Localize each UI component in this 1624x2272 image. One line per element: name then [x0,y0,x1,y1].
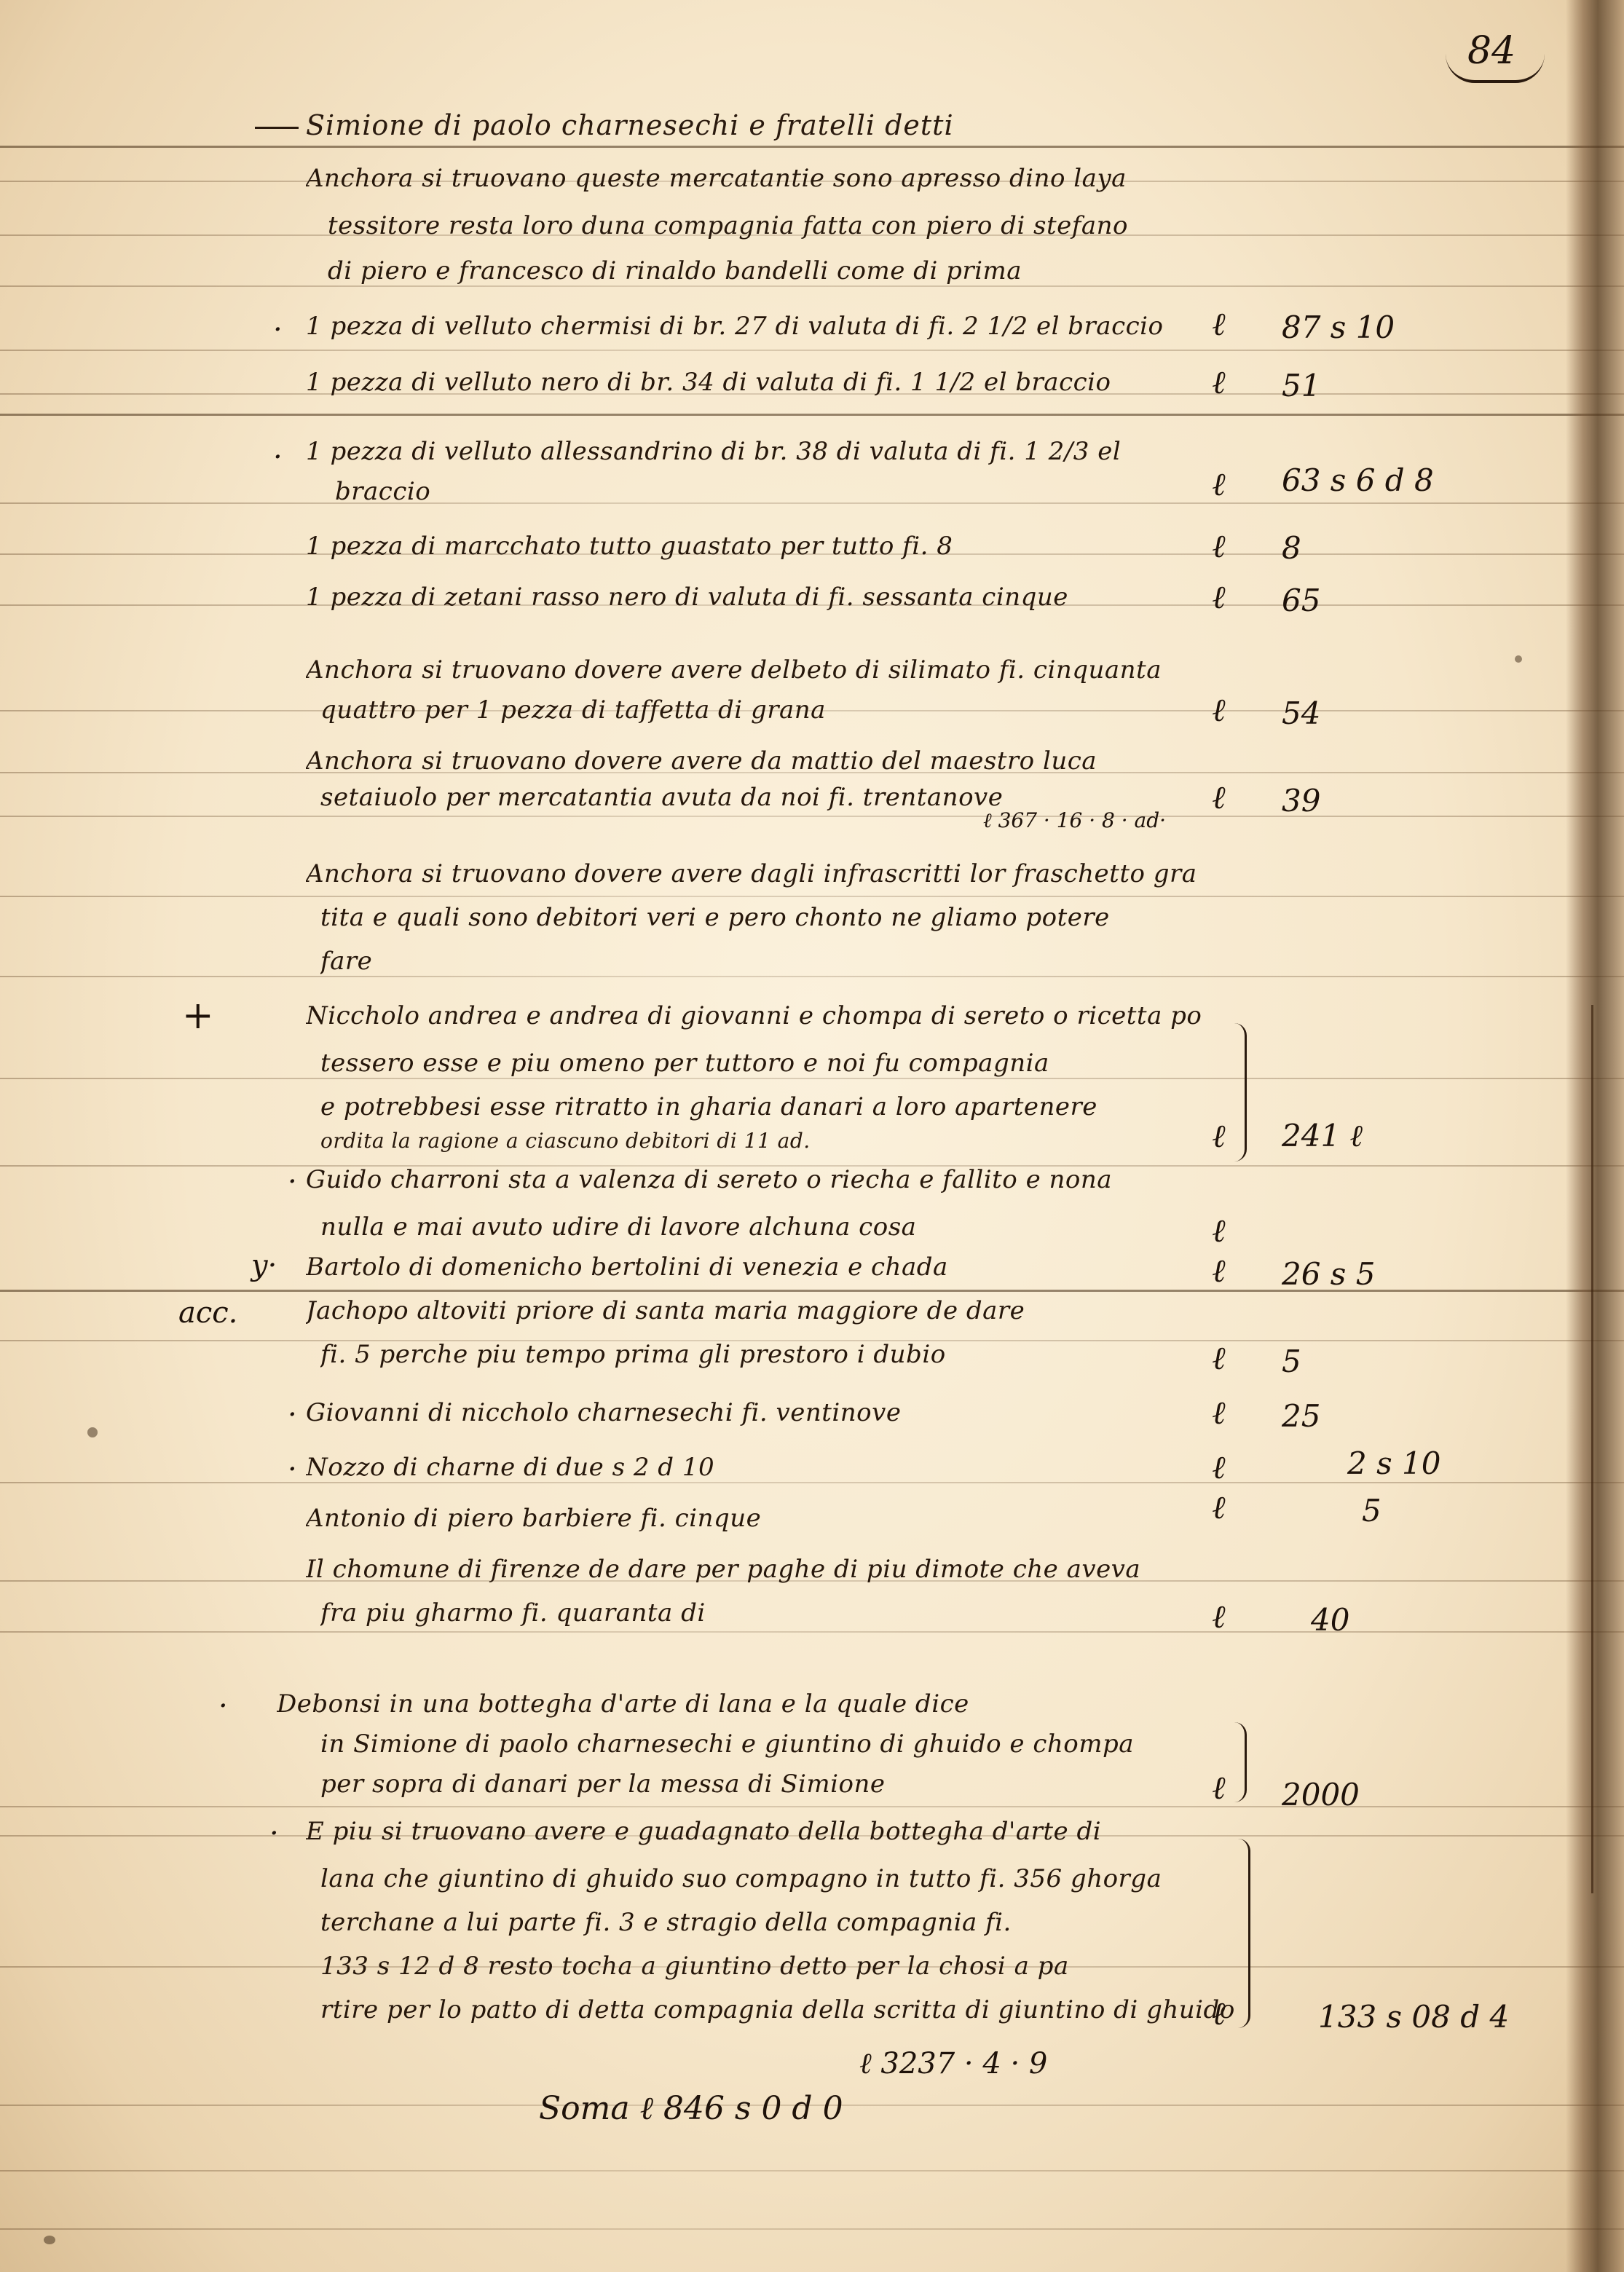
ink-speck [87,1427,98,1437]
ruled-line [0,1806,1624,1807]
margin-mark: · [218,1689,228,1723]
lira-sign: ℓ [1213,306,1226,343]
entry-text-line: Giovanni di niccholo charnesechi fi. ven… [306,1398,1223,1427]
entry-text-line: terchane a lui parte fi. 3 e stragio del… [320,1908,1238,1937]
ruled-line [0,414,1624,416]
entry-text-line: quattro per 1 pezza di taffetta di grana [320,695,1238,725]
entry-amount: 5 [1362,1493,1381,1529]
margin-mark: · [288,1453,297,1486]
entry-text-line: 1 pezza di zetani rasso nero di valuta d… [306,583,1223,612]
entry-amount: 241 ℓ [1282,1118,1363,1154]
lira-sign: ℓ [1213,1598,1226,1636]
ruled-line [0,896,1624,897]
margin-mark: · [288,1165,297,1199]
entry-text-line: fi. 5 perche piu tempo prima gli prestor… [320,1340,1238,1369]
brace [1234,1722,1247,1802]
running-note: ℓ 367 · 16 · 8 · ad· [983,808,1166,833]
entry-amount: 51 [1282,368,1320,403]
margin-mark: y· [251,1249,277,1282]
entry-amount: 25 [1282,1398,1320,1434]
lira-sign: ℓ [1213,528,1226,565]
entry-text-line: Niccholo andrea e andrea di giovanni e c… [306,1001,1223,1030]
brace [1234,1023,1247,1161]
lira-sign: ℓ [1213,364,1226,401]
margin-mark: · [269,1817,279,1850]
sum-value: ℓ 846 s 0 d 0 [640,2090,843,2127]
entry-text-line: per sopra di danari per la messa di Simi… [320,1770,1238,1799]
ruled-line [0,1078,1624,1079]
entry-text-line: fra piu gharmo fi. quaranta di [320,1598,1238,1628]
ruled-line [0,976,1624,977]
entry-text-line: Anchora si truovano dovere avere dagli i… [306,859,1223,888]
entry-amount: 65 [1282,583,1320,618]
entry-text-line: ordita la ragione a ciascuno debitori di… [320,1129,1238,1153]
entry-text-line: Anchora si truovano dovere avere da matt… [306,746,1223,776]
lira-sign: ℓ [1213,779,1226,816]
ruled-line [0,350,1624,351]
lira-sign: ℓ [1213,1489,1226,1526]
ruled-line [0,2228,1624,2230]
sum-total: Soma ℓ 846 s 0 d 0 [539,2090,843,2127]
margin-mark: · [273,313,283,347]
sum-label: Soma [539,2090,630,2127]
margin-mark: acc. [178,1296,237,1330]
folio-number: 84 [1446,29,1545,83]
ruled-line [0,502,1624,504]
lira-sign: ℓ [1213,1118,1226,1155]
entry-text-line: tita e quali sono debitori veri e pero c… [320,903,1238,932]
entry-amount: 2000 [1282,1777,1360,1813]
entry-amount: 133 s 08 d 4 [1318,1999,1509,2035]
entry-text-line: 1 pezza di marcchato tutto guastato per … [306,532,1223,561]
lira-sign: ℓ [1213,1449,1226,1486]
entry-text-line: Anchora si truovano queste mercatantie s… [306,164,1223,193]
lira-sign: ℓ [1213,1212,1226,1250]
lira-sign: ℓ [1213,692,1226,729]
ruled-line [0,146,1624,148]
lira-sign: ℓ [1213,1253,1226,1290]
entry-text-line: rtire per lo patto di detta compagnia de… [320,1995,1238,2024]
brace [1238,1839,1250,2028]
entry-text-line: setaiuolo per mercatantia avuta da noi f… [320,783,1238,812]
entry-text-line: Il chomune di firenze de dare per paghe … [306,1555,1223,1584]
entry-text-line: fare [320,947,1238,976]
entry-text-line: 1 pezza di velluto allessandrino di br. … [306,437,1223,466]
entry-text-line: e potrebbesi esse ritratto in gharia dan… [320,1092,1238,1121]
ink-speck [44,2236,55,2244]
ruled-line [0,1631,1624,1633]
entry-text-line: 1 pezza di velluto nero di br. 34 di val… [306,368,1223,397]
entry-text-line: 1 pezza di velluto chermisi di br. 27 di… [306,312,1223,341]
entry-text-line: 133 s 12 d 8 resto tocha a giuntino dett… [320,1952,1238,1981]
binding-shadow [1566,0,1624,2272]
entry-text-line: lana che giuntino di ghuido suo compagno… [320,1864,1238,1893]
entry-text-line: Jachopo altoviti priore di santa maria m… [306,1296,1223,1325]
ruled-line [0,1290,1624,1292]
lira-sign: ℓ [1213,1395,1226,1432]
entry-text-line: Guido charroni sta a valenza di sereto o… [306,1165,1223,1194]
entry-amount: 5 [1282,1344,1301,1379]
entry-amount: 39 [1282,783,1320,819]
entry-text-line: tessero esse e piu omeno per tuttoro e n… [320,1049,1238,1078]
ink-speck [1515,655,1522,663]
entry-amount: 87 s 10 [1282,309,1395,345]
entry-amount: 26 s 5 [1282,1256,1375,1292]
entry-text-line: E piu si truovano avere e guadagnato del… [306,1817,1223,1846]
subtotal: ℓ 3237 · 4 · 9 [859,2046,1047,2080]
ruled-line [0,1482,1624,1483]
lira-sign: ℓ [1213,466,1226,503]
entry-amount: 8 [1282,530,1301,566]
lira-sign: ℓ [1213,1995,1226,2032]
entry-text-line: Nozzo di charne di due s 2 d 10 [306,1453,1223,1482]
entry-amount: 54 [1282,695,1320,731]
entry-text-line: di piero e francesco di rinaldo bandelli… [328,256,1245,285]
entry-text-line: in Simione di paolo charnesechi e giunti… [320,1729,1238,1759]
entry-text-line: Anchora si truovano dovere avere delbeto… [306,655,1223,685]
entry-text-line: braccio [335,477,481,506]
cross-mark-icon: + [182,994,214,1038]
entry-amount: 63 s 6 d 8 [1282,462,1434,498]
lira-sign: ℓ [1213,579,1226,616]
page-heading: Simione di paolo charnesechi e fratelli … [255,109,954,141]
ruled-line [0,2170,1624,2172]
entry-amount: 2 s 10 [1347,1445,1440,1481]
entry-text-line: Debonsi in una bottegha d'arte di lana e… [277,1689,1194,1719]
ruled-line [0,285,1624,287]
entry-text-line: Bartolo di domenicho bertolini di venezi… [306,1253,1223,1282]
margin-mark: · [288,1398,297,1432]
entry-text-line: Antonio di piero barbiere fi. cinque [306,1504,1223,1533]
entry-text-line: nulla e mai avuto udire di lavore alchun… [320,1212,1238,1242]
lira-sign: ℓ [1213,1770,1226,1807]
ruled-line [0,816,1624,817]
entry-amount: 40 [1311,1602,1349,1638]
margin-rule [1591,1005,1593,1893]
margin-mark: · [273,441,283,474]
lira-sign: ℓ [1213,1340,1226,1377]
entry-text-line: tessitore resta loro duna compagnia fatt… [328,211,1245,240]
